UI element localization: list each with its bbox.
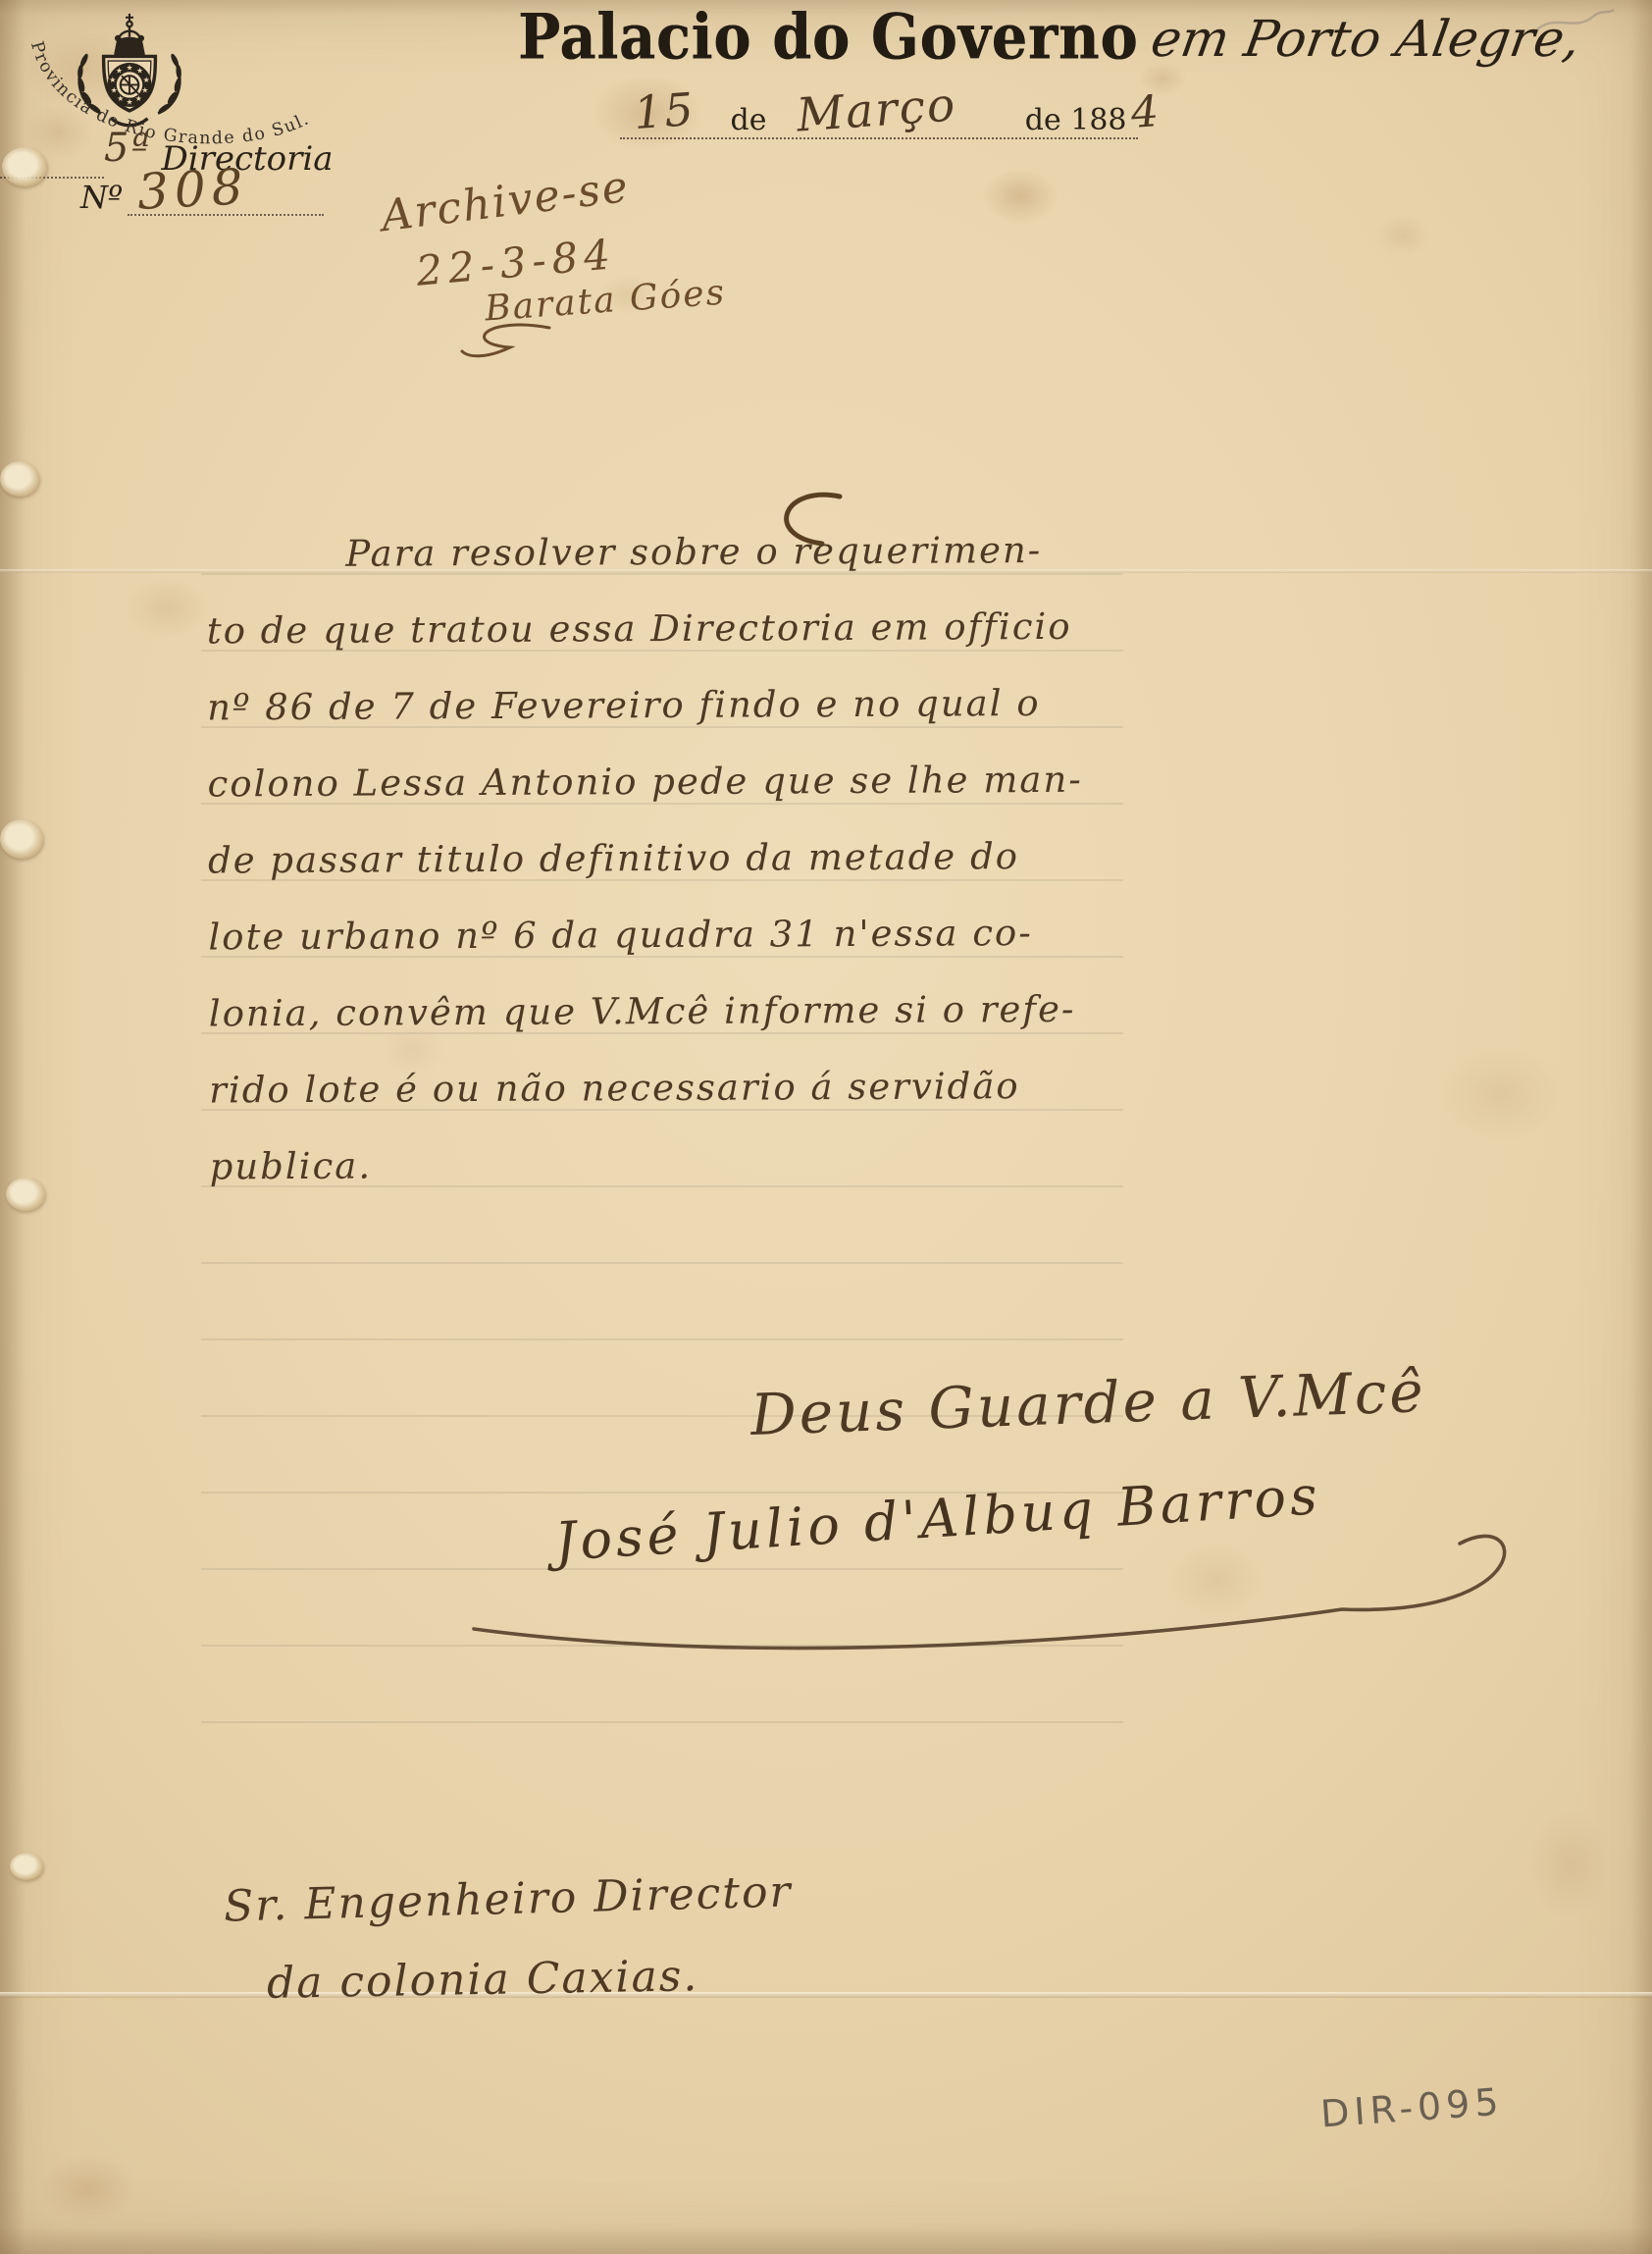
document-number-value: 308: [136, 158, 250, 221]
recipient-line2: da colonia Caxias.: [267, 1951, 699, 2009]
worn-spot: [6, 1178, 45, 1211]
worn-spot: [0, 819, 43, 859]
date-line: 15 de Março de 188 4: [620, 82, 1138, 139]
letter-body: Para resolver sobre o requerimen- to de …: [206, 512, 1132, 1206]
archive-code: DIR-095: [1319, 2080, 1505, 2136]
body-line: colono Lessa Antonio pede que se lhe man…: [207, 742, 1129, 823]
body-line: lote urbano nº 6 da quadra 31 n'essa co-: [208, 895, 1130, 976]
letterhead: Palacio do Governo em Porto Alegre,: [518, 4, 1580, 70]
body-line: rido lote é ou não necessario á servidão: [209, 1048, 1131, 1129]
date-day: 15: [632, 82, 697, 139]
paper-crease: [0, 1992, 1652, 1998]
letterhead-title-main: Palacio do Governo: [518, 0, 1138, 74]
body-line: lonia, convêm que V.Mcê informe si o ref…: [209, 971, 1131, 1053]
date-year-digit: 4: [1129, 86, 1162, 138]
worn-spot: [0, 461, 39, 497]
document-number-line: Nº 308: [80, 179, 324, 216]
annotation-flourish: [456, 316, 564, 370]
archive-annotation: Archive-se: [379, 162, 633, 242]
body-line: Para resolver sobre o requerimen-: [206, 512, 1128, 594]
date-month: Março: [795, 78, 958, 142]
date-prep1: de: [731, 103, 767, 137]
stamp-caption: Provincia do Rio Grande do Sul.: [26, 39, 313, 148]
body-line: nº 86 de 7 de Fevereiro findo e no qual …: [207, 665, 1129, 747]
document-page: ★★★ ★★★ ★★★ ★ Provincia do Rio Grande do…: [0, 0, 1652, 2254]
signature-flourish: [439, 1499, 1548, 1705]
letterhead-title-place: em Porto Alegre,: [1148, 11, 1585, 69]
body-line: de passar titulo definitivo da metade do: [208, 818, 1130, 900]
valediction: Deus Guarde a V.Mcê: [749, 1358, 1427, 1448]
body-line: to de que tratou essa Directoria em offi…: [207, 589, 1129, 670]
worn-spot: [2, 147, 47, 186]
svg-text:Provincia do Rio Grande do Sul: Provincia do Rio Grande do Sul.: [26, 39, 313, 148]
worn-spot: [10, 1853, 43, 1880]
number-label: Nº: [80, 179, 123, 216]
recipient-line1: Sr. Engenheiro Director: [223, 1866, 793, 1931]
date-prep2: de 188: [1025, 103, 1127, 137]
body-line: publica.: [209, 1125, 1131, 1206]
